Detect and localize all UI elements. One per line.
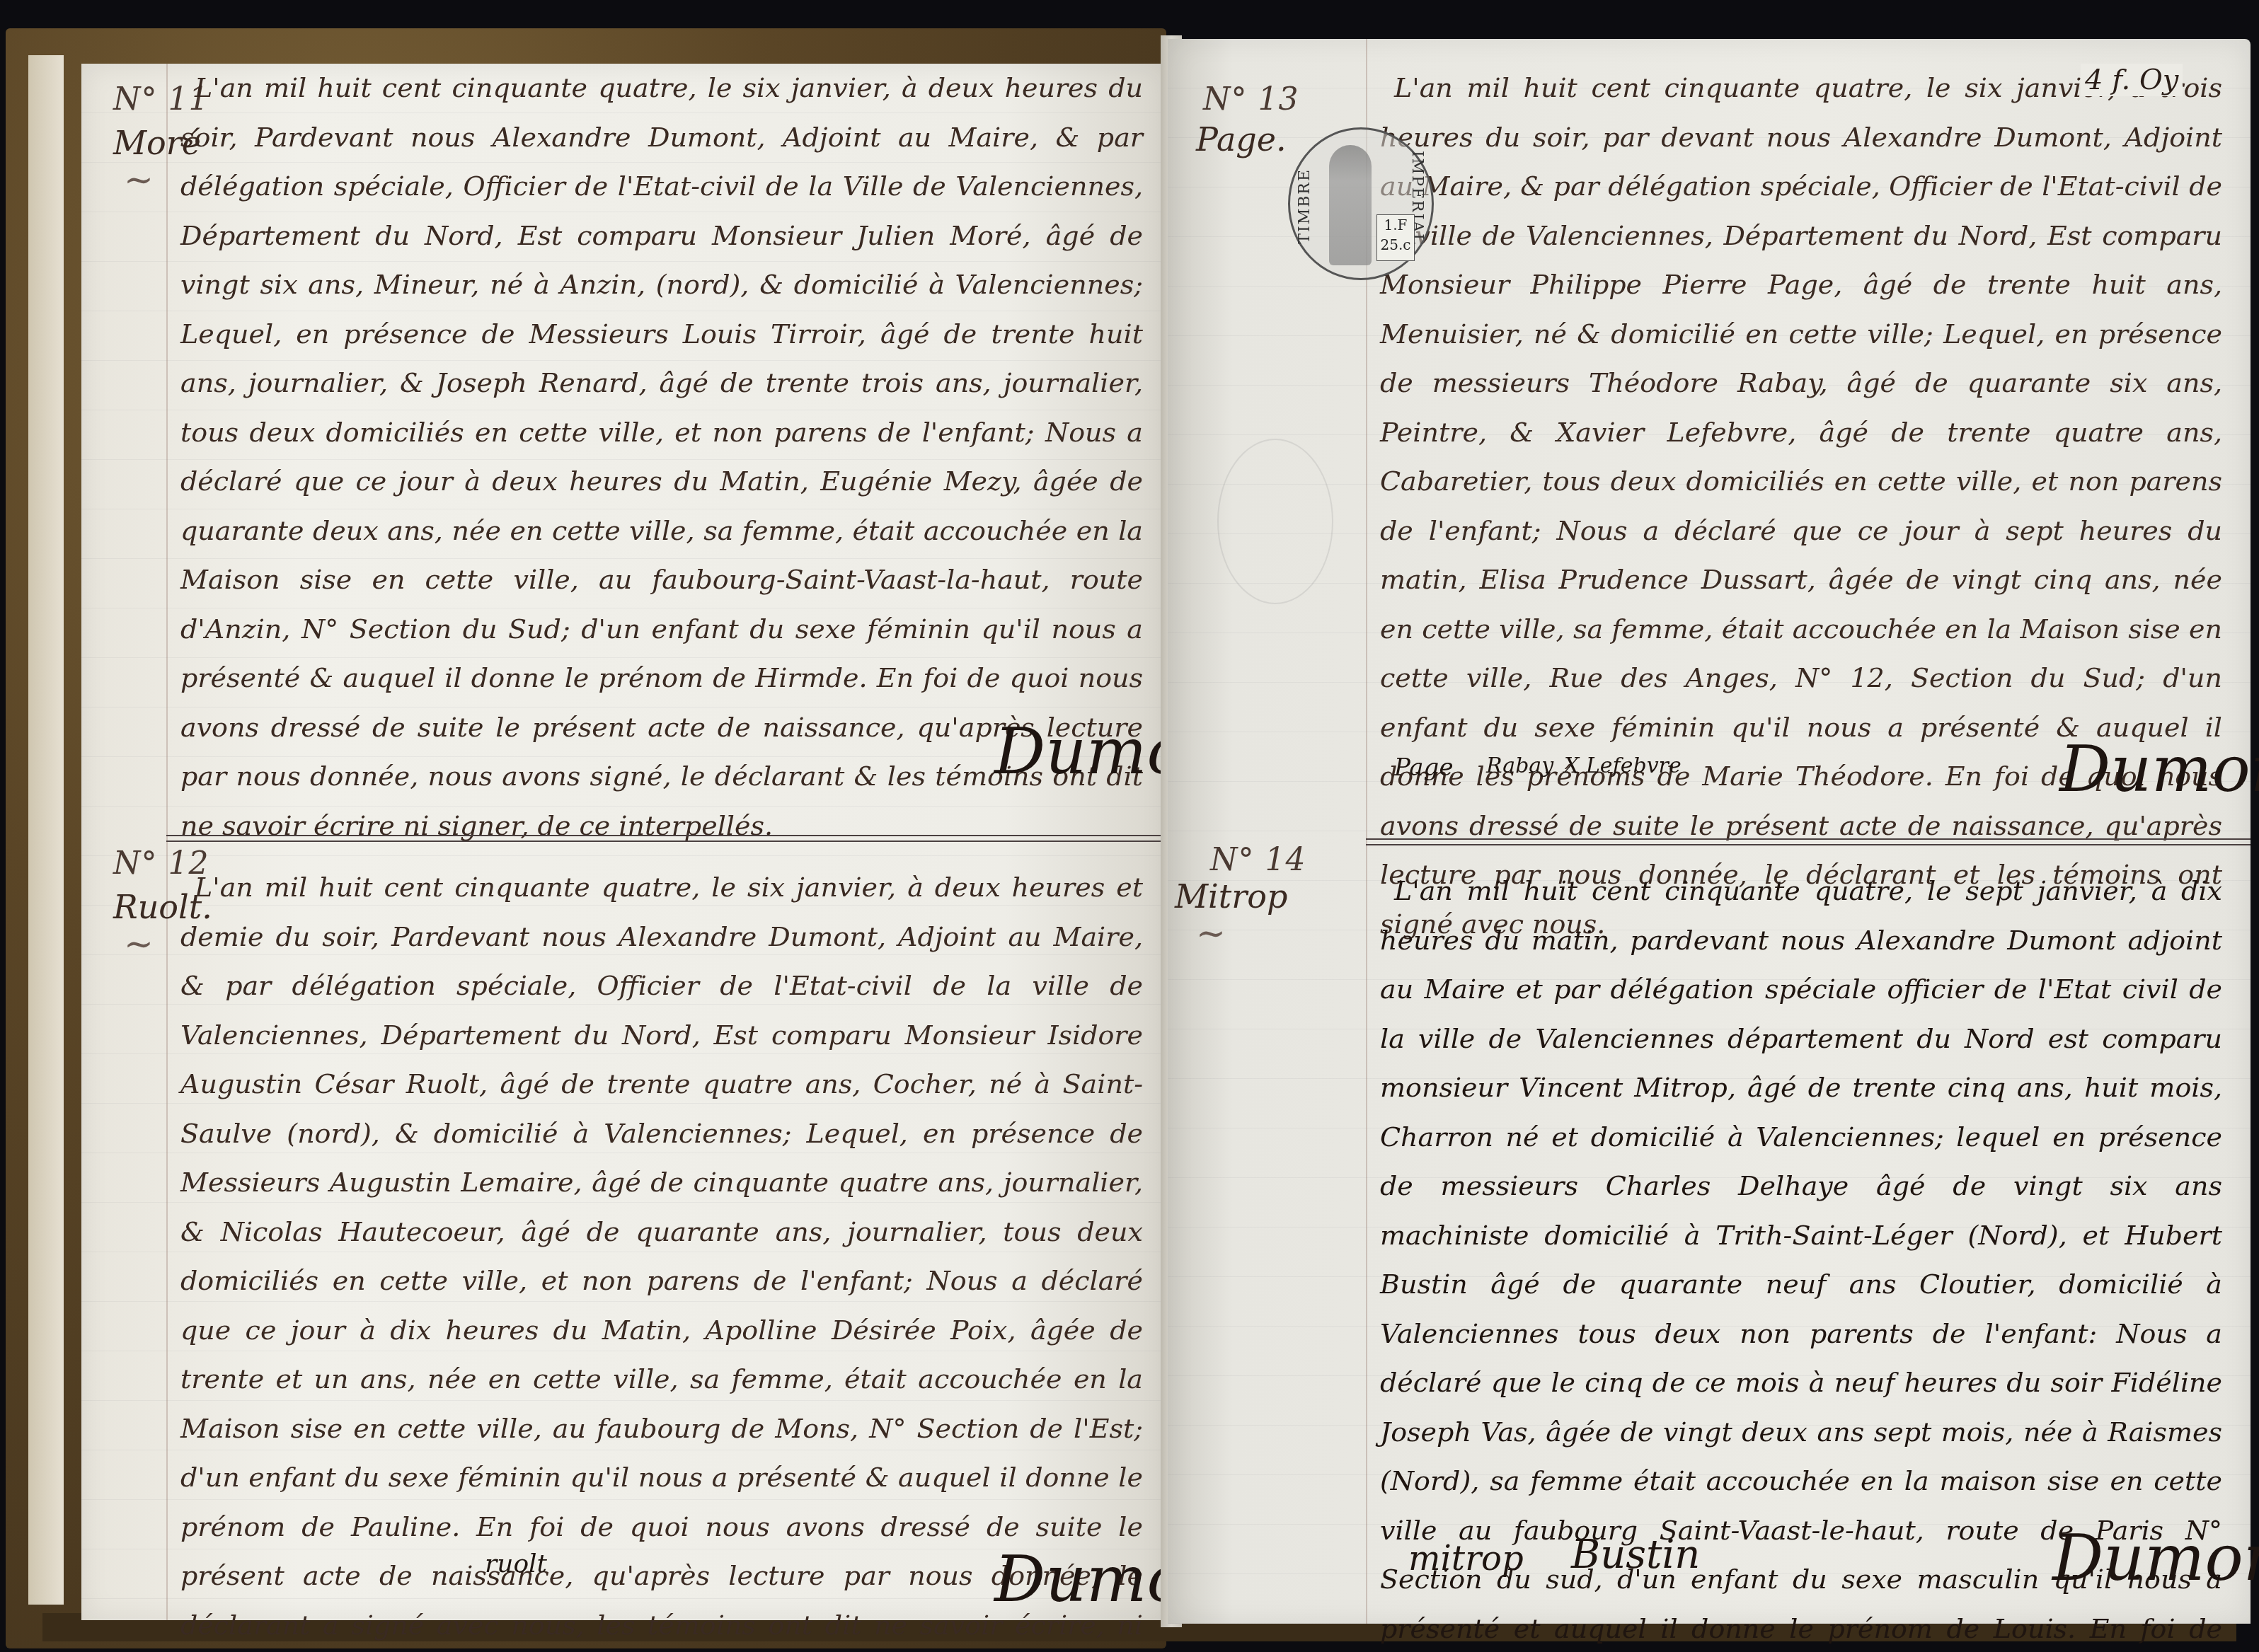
stamp-value: 1.F 25.c [1376,214,1415,261]
entry-text: L'an mil huit cent cinquante quatre, le … [180,863,1143,1528]
entry-14: N° 14 Mitrop ∼ L'an mil huit cent cinqua… [1168,842,2251,1620]
entry-text: L'an mil huit cent cinquante quatre, le … [1380,64,2222,729]
flourish-icon: ∼ [1196,913,1226,954]
signature-witness-1: Rabay [1486,753,1553,778]
signature-declarant: ruolt [485,1549,547,1578]
faint-seal-impression [1217,439,1333,604]
entry-surname: Page. [1196,120,1287,158]
entry-divider [166,835,1168,842]
left-page: N° 11 Moré ∼ L'an mil huit cent cinquant… [81,64,1168,1620]
entry-number: N° 14 [1210,842,1306,878]
cover-endpaper-edge [28,55,64,1605]
signature-witness-2: X Lefebvre [1564,753,1682,778]
signature-declarant: Page [1394,753,1454,782]
officer-paraph: Dumont [2059,732,2259,807]
officer-paraph: Dumont [2052,1521,2259,1595]
imperial-tax-stamp: TIMBRE IMPERIAL. 1.F 25.c [1288,127,1434,280]
justice-figure-icon [1329,145,1372,265]
signature-declarant: mitrop [1408,1539,1524,1578]
right-page: N° 13 Page. L'an mil huit cent cinquante… [1168,39,2251,1624]
entry-number: N° 13 [1203,81,1299,117]
stamp-text-left: TIMBRE [1296,168,1314,244]
entry-text: L'an mil huit cent cinquante quatre, le … [1380,867,2222,1489]
entry-12: N° 12 Ruolt. ∼ L'an mil huit cent cinqua… [81,842,1168,1620]
entry-surname: Mitrop [1175,877,1287,915]
flourish-icon: ∼ [124,159,154,200]
marginal-fee-note: 4 f. Oy [2081,64,2183,96]
flourish-icon: ∼ [124,923,154,964]
entry-11: N° 11 Moré ∼ L'an mil huit cent cinquant… [81,64,1168,842]
entry-text: L'an mil huit cent cinquante quatre, le … [180,64,1143,771]
signature-witness: Bustin [1571,1532,1700,1578]
